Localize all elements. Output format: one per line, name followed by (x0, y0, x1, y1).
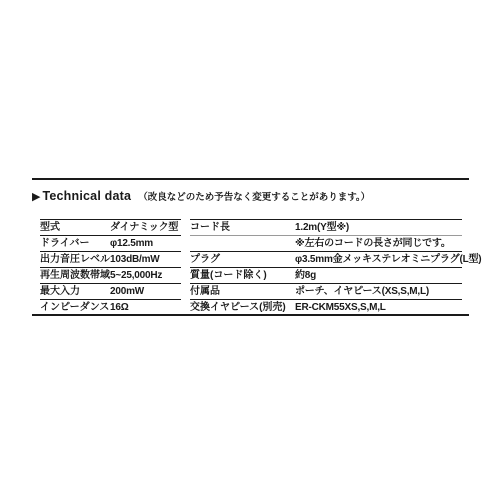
spec-value: φ3.5mm金メッキステレオミニプラグ(L型) (295, 252, 481, 267)
spec-value: ER-CKM55XS,S,M,L (295, 300, 462, 315)
spec-row-type: 型式 ダイナミック型 (40, 220, 181, 236)
spec-sheet: ▶ Technical data （改良などのため予告なく変更することがあります… (0, 0, 500, 500)
spec-label: 交換イヤピース(別売) (190, 300, 295, 315)
spec-row-output-level: 出力音圧レベル 103dB/mW (40, 252, 181, 268)
spec-label: 型式 (40, 220, 110, 235)
spec-row-impedance: インピーダンス 16Ω (40, 300, 181, 315)
heading-title: Technical data (42, 189, 131, 203)
spec-table-left: 型式 ダイナミック型 ドライバー φ12.5mm 出力音圧レベル 103dB/m… (40, 219, 181, 315)
spec-label: ドライバー (40, 236, 110, 251)
spec-label: 再生周波数帯域 (40, 268, 110, 283)
spec-table-right: コード長 1.2m(Y型※) ※左右のコードの長さが同じです。 プラグ φ3.5… (190, 219, 462, 315)
spec-value: ポーチ、イヤピース(XS,S,M,L) (295, 284, 462, 299)
spec-label: 最大入力 (40, 284, 110, 299)
spec-value: 200mW (110, 284, 181, 299)
spec-value: ※左右のコードの長さが同じです。 (295, 236, 462, 251)
spec-row-replacement-eartips: 交換イヤピース(別売) ER-CKM55XS,S,M,L (190, 300, 462, 315)
spec-value: 16Ω (110, 300, 181, 315)
heading-note: （改良などのため予告なく変更することがあります。） (138, 189, 370, 203)
spec-value: 103dB/mW (110, 252, 181, 267)
spec-label: 付属品 (190, 284, 295, 299)
spec-row-cord-note: ※左右のコードの長さが同じです。 (190, 236, 462, 252)
spec-row-frequency-range: 再生周波数帯域 5~25,000Hz (40, 268, 181, 284)
spec-value: ダイナミック型 (110, 220, 181, 235)
spec-row-accessories: 付属品 ポーチ、イヤピース(XS,S,M,L) (190, 284, 462, 300)
spec-row-plug: プラグ φ3.5mm金メッキステレオミニプラグ(L型) (190, 252, 462, 268)
spec-value: 1.2m(Y型※) (295, 220, 462, 235)
spec-row-max-input: 最大入力 200mW (40, 284, 181, 300)
spec-value: 約8g (295, 268, 462, 283)
spec-row-weight: 質量(コード除く) 約8g (190, 268, 462, 284)
spec-label: プラグ (190, 252, 295, 267)
spec-label: 質量(コード除く) (190, 268, 295, 283)
spec-value: φ12.5mm (110, 236, 181, 251)
spec-row-driver: ドライバー φ12.5mm (40, 236, 181, 252)
spec-value: 5~25,000Hz (110, 268, 181, 283)
triangle-marker-icon: ▶ (32, 190, 40, 203)
spec-label: 出力音圧レベル (40, 252, 110, 267)
spec-label: コード長 (190, 220, 295, 235)
spec-row-cord-length: コード長 1.2m(Y型※) (190, 220, 462, 236)
tech-data-heading: ▶ Technical data （改良などのため予告なく変更することがあります… (32, 189, 370, 203)
spec-label: インピーダンス (40, 300, 110, 315)
bottom-rule (32, 314, 469, 316)
top-rule (32, 178, 469, 180)
